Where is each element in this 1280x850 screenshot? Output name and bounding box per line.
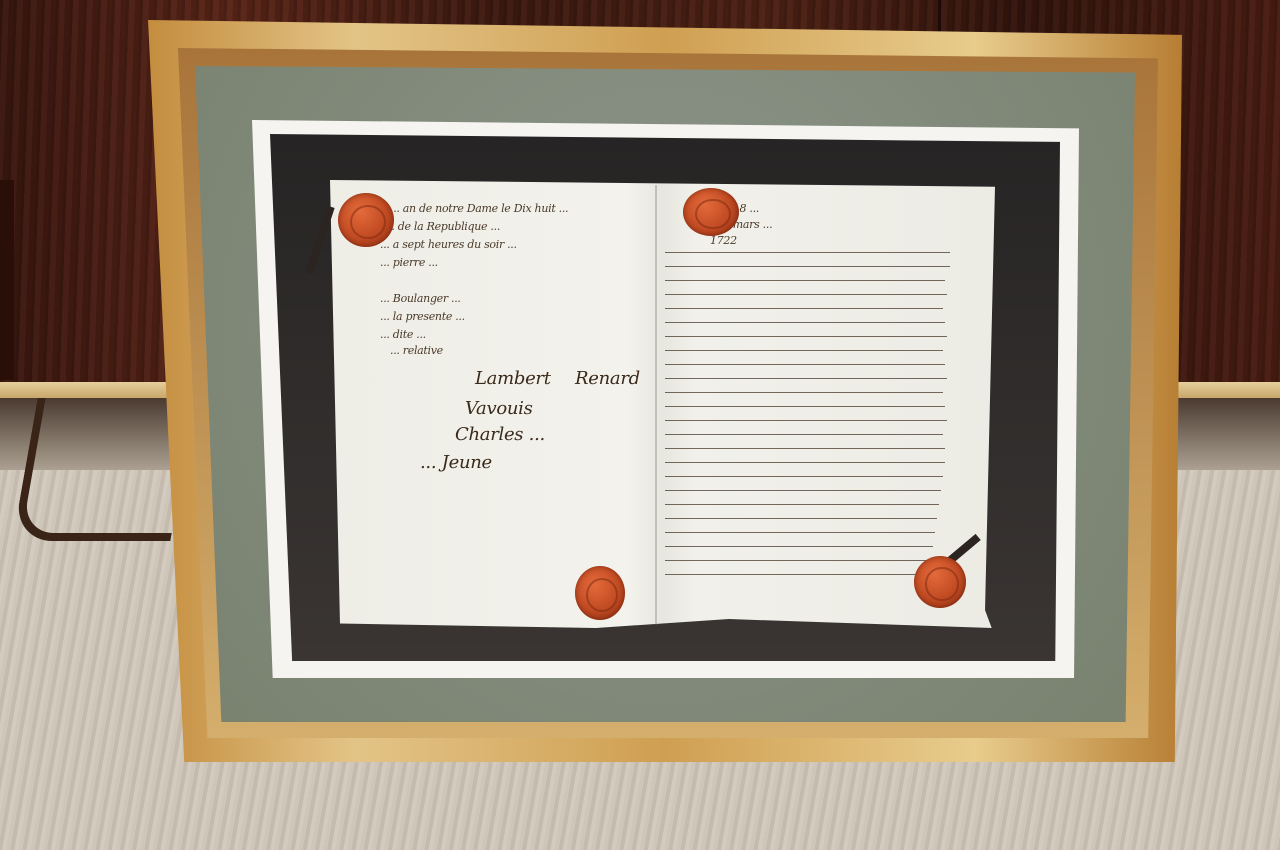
wax-seal-icon: [683, 188, 739, 236]
ink-line: [665, 574, 915, 576]
ink-line: [665, 364, 945, 366]
ink-line: [665, 546, 933, 548]
ink-line: [665, 308, 943, 310]
ink-line: [665, 532, 935, 534]
manuscript-line: ... pierre ...: [380, 256, 438, 269]
ink-line: [665, 406, 945, 408]
manuscript-year: 1722: [710, 234, 737, 247]
paper-fold: [655, 185, 657, 625]
ink-line: [665, 420, 947, 422]
manuscript-line: ... a sept heures du soir ...: [380, 238, 517, 251]
ink-line: [665, 378, 947, 380]
signature: Charles ...: [455, 424, 545, 445]
signature: Lambert: [475, 368, 551, 389]
ink-line: [665, 322, 945, 324]
signature: Vavouis: [465, 398, 533, 419]
ink-line: [665, 490, 941, 492]
ink-line: [665, 448, 945, 450]
manuscript-line: ... an de notre Dame le Dix huit ...: [390, 202, 568, 215]
ink-line: [665, 462, 945, 464]
ink-line: [665, 476, 943, 478]
ink-line: [665, 350, 943, 352]
ink-line: [665, 434, 943, 436]
ink-line: [665, 294, 947, 296]
ink-line: [665, 518, 937, 520]
ink-line: [665, 266, 950, 268]
ink-line: [665, 336, 947, 338]
ink-line: [665, 252, 950, 254]
ink-line: [665, 504, 939, 506]
wax-seal-icon: [914, 556, 966, 608]
manuscript-line: ... Boulanger ...: [380, 292, 461, 305]
wax-seal-icon: [575, 566, 625, 620]
manuscript-line: ... la presente ...: [380, 310, 465, 323]
wax-seal-icon: [338, 193, 394, 247]
signature: ... Jeune: [420, 452, 492, 473]
ink-line: [665, 560, 930, 562]
ink-line: [665, 280, 945, 282]
manuscript-line: ... de la Republique ...: [385, 220, 500, 233]
signature: Renard: [575, 368, 640, 389]
manuscript-line: ... dite ...: [380, 328, 426, 341]
cabinet-hinge: [0, 180, 14, 380]
manuscript-line: ... relative: [390, 344, 443, 357]
ink-line: [665, 392, 943, 394]
manuscript-document: ... an de notre Dame le Dix huit ... ...…: [330, 180, 995, 628]
